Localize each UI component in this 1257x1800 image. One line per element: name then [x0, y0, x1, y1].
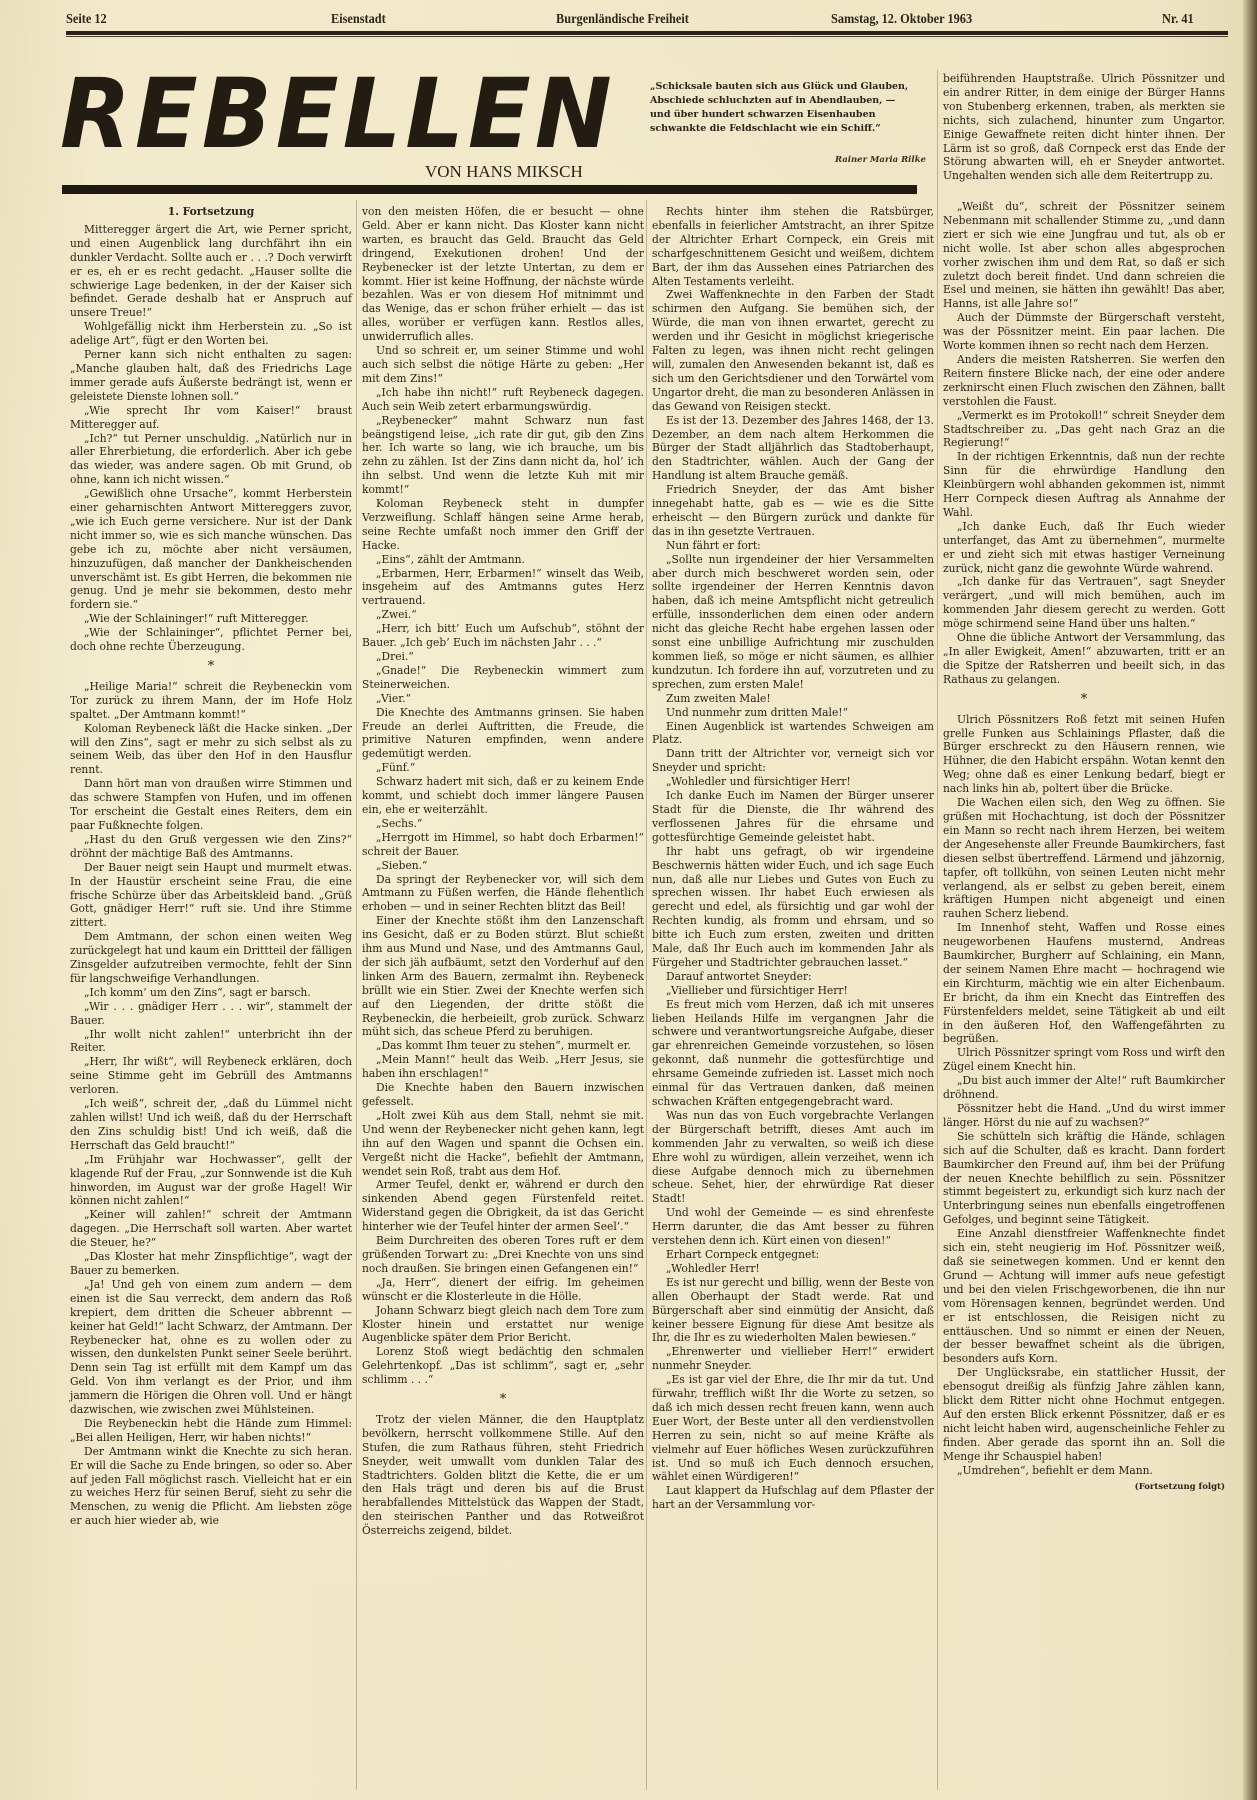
- paragraph: Armer Teufel, denkt er, während er durch…: [362, 1178, 644, 1234]
- paragraph: „Erbarmen, Herr, Erbarmen!“ winselt das …: [362, 567, 644, 609]
- section-separator: *: [362, 1393, 644, 1407]
- paragraph: Die Reybeneckin hebt die Hände zum Himme…: [70, 1417, 352, 1445]
- article-column-3: Rechts hinter ihm stehen die Ratsbürger,…: [652, 205, 934, 1512]
- paragraph: „Zwei.“: [362, 608, 644, 622]
- paragraph: „Herr, Ihr wißt“, will Reybeneck erkläre…: [70, 1055, 352, 1097]
- paragraph: Pössnitzer hebt die Hand. „Und du wirst …: [943, 1102, 1225, 1130]
- paragraph: Zwei Waffenknechte in den Farben der Sta…: [652, 288, 934, 413]
- column-divider: [937, 70, 938, 1790]
- page-edge-shadow: [1243, 0, 1257, 1800]
- paragraph: Nun fährt er fort:: [652, 539, 934, 553]
- paragraph: „Sollte nun irgendeiner der hier Versamm…: [652, 553, 934, 692]
- paragraph: Die Wachen eilen sich, den Weg zu öffnen…: [943, 796, 1225, 921]
- epigraph-line: Abschiede schluchzten auf in Abendlauben…: [650, 94, 920, 108]
- article-column-2: von den meisten Höfen, die er besucht — …: [362, 205, 644, 1538]
- paragraph: Zum zweiten Male!: [652, 692, 934, 706]
- paragraph: Trotz der vielen Männer, die den Hauptpl…: [362, 1413, 644, 1538]
- paragraph: „Vermerkt es im Protokoll!“ schreit Sney…: [943, 409, 1225, 451]
- paragraph: „Wohledler Herr!: [652, 1262, 934, 1276]
- paragraph: Darauf antwortet Sneyder:: [652, 970, 934, 984]
- section-separator: *: [70, 660, 352, 674]
- paragraph: „Wie der Schlaininger“, pflichtet Perner…: [70, 626, 352, 654]
- paragraph: „Ja! Und geh von einem zum andern — dem …: [70, 1278, 352, 1417]
- article-column-4: „Weißt du“, schreit der Pössnitzer seine…: [943, 200, 1225, 1495]
- article-column-4-top: beiführenden Hauptstraße. Ulrich Pössnit…: [943, 72, 1225, 183]
- paragraph: Ulrich Pössnitzers Roß fetzt mit seinen …: [943, 713, 1225, 796]
- paragraph: „Wir . . . gnädiger Herr . . . wir“, sta…: [70, 1000, 352, 1028]
- paragraph: „Das kommt Ihm teuer zu stehen“, murmelt…: [362, 1039, 644, 1053]
- paragraph: Rechts hinter ihm stehen die Ratsbürger,…: [652, 205, 934, 288]
- paragraph: Laut klappert da Hufschlag auf dem Pflas…: [652, 1484, 934, 1512]
- header-date: Samstag, 12. Oktober 1963: [831, 12, 972, 28]
- paragraph: „Ich danke Euch, daß Ihr Euch wieder unt…: [943, 520, 1225, 576]
- paragraph: „Ich?“ tut Perner unschuldig. „Natürlich…: [70, 432, 352, 488]
- paragraph: Erhart Cornpeck entgegnet:: [652, 1248, 934, 1262]
- paragraph: „Es ist gar viel der Ehre, die Ihr mir d…: [652, 1373, 934, 1484]
- newspaper-page: Seite 12 Eisenstadt Burgenländische Frei…: [0, 0, 1257, 1800]
- paragraph: „Sieben.“: [362, 859, 644, 873]
- epigraph-line: schwankte die Feldschlacht wie ein Schif…: [650, 122, 920, 136]
- paragraph: Schwarz hadert mit sich, daß er zu keine…: [362, 775, 644, 817]
- paragraph: Ich danke Euch im Namen der Bürger unser…: [652, 789, 934, 845]
- paragraph: „Ich habe ihn nicht!“ ruft Reybeneck dag…: [362, 386, 644, 414]
- paragraph: Anders die meisten Ratsherren. Sie werfe…: [943, 353, 1225, 409]
- paragraph: „Viellieber und fürsichtiger Herr!: [652, 984, 934, 998]
- paragraph: „Holt zwei Küh aus dem Stall, nehmt sie …: [362, 1109, 644, 1179]
- paragraph: Lorenz Stoß wiegt bedächtig den schmalen…: [362, 1345, 644, 1387]
- installment-label: 1. Fortsetzung: [70, 205, 352, 219]
- column-divider: [646, 200, 647, 1790]
- paragraph: Und nunmehr zum dritten Male!“: [652, 706, 934, 720]
- paragraph: „Ich weiß“, schreit der, „daß du Lümmel …: [70, 1097, 352, 1153]
- paragraph: Sie schütteln sich kräftig die Hände, sc…: [943, 1130, 1225, 1227]
- paragraph: Es ist der 13. Dezember des Jahres 1468,…: [652, 414, 934, 484]
- paragraph: „Gewißlich ohne Ursache“, kommt Herberst…: [70, 487, 352, 612]
- paragraph: „Ich komm’ um den Zins“, sagt er barsch.: [70, 986, 352, 1000]
- header-page-number: Seite 12: [66, 12, 107, 28]
- paragraph: In der richtigen Erkenntnis, daß nun der…: [943, 450, 1225, 520]
- article-column-1: 1. FortsetzungMitteregger ärgert die Art…: [70, 205, 352, 1528]
- paragraph: Im Innenhof steht, Waffen und Rosse eine…: [943, 921, 1225, 1046]
- paragraph: „Wie sprecht Ihr vom Kaiser!“ braust Mit…: [70, 404, 352, 432]
- paragraph: Friedrich Sneyder, der das Amt bisher in…: [652, 483, 934, 539]
- paragraph: Dann hört man von draußen wirre Stimmen …: [70, 777, 352, 833]
- paragraph: Wohlgefällig nickt ihm Herberstein zu. „…: [70, 320, 352, 348]
- paragraph: „Umdrehen“, befiehlt er dem Mann.: [943, 1464, 1225, 1478]
- paragraph: „Heilige Maria!“ schreit die Reybeneckin…: [70, 680, 352, 722]
- paragraph: Die Knechte des Amtmanns grinsen. Sie ha…: [362, 706, 644, 762]
- continuation-note: (Fortsetzung folgt): [943, 1481, 1225, 1495]
- paragraph: Eine Anzahl dienstfreier Waffenknechte f…: [943, 1227, 1225, 1366]
- epigraph-line: „Schicksale bauten sich aus Glück und Gl…: [650, 80, 920, 94]
- paragraph: „Du bist auch immer der Alte!“ ruft Baum…: [943, 1074, 1225, 1102]
- paragraph: „Drei.“: [362, 650, 644, 664]
- header-rule-thin: [66, 36, 1228, 37]
- paragraph: Einer der Knechte stößt ihm den Lanzensc…: [362, 914, 644, 1039]
- paragraph: Und so schreit er, um seiner Stimme und …: [362, 344, 644, 386]
- paragraph: „Im Frühjahr war Hochwasser“, gellt der …: [70, 1153, 352, 1209]
- paragraph: Dem Amtmann, der schon einen weiten Weg …: [70, 930, 352, 986]
- paragraph: Der Bauer neigt sein Haupt und murmelt e…: [70, 861, 352, 931]
- page-header: Seite 12 Eisenstadt Burgenländische Frei…: [66, 10, 1226, 32]
- paragraph: „Wie der Schlaininger!“ ruft Mitteregger…: [70, 612, 352, 626]
- epigraph: „Schicksale bauten sich aus Glück und Gl…: [650, 80, 920, 136]
- paragraph: Mitteregger ärgert die Art, wie Perner s…: [70, 223, 352, 320]
- paragraph: Und wohl der Gemeinde — es sind ehrenfes…: [652, 1206, 934, 1248]
- paragraph: „Vier.“: [362, 692, 644, 706]
- paragraph: Beim Durchreiten des oberen Tores ruft e…: [362, 1234, 644, 1276]
- epigraph-author: Rainer Maria Rilke: [835, 155, 926, 165]
- title-rule: [62, 185, 917, 194]
- header-newspaper-name: Burgenländische Freiheit: [556, 12, 689, 28]
- paragraph: Ihr habt uns gefragt, ob wir irgendeine …: [652, 845, 934, 970]
- paragraph: Dann tritt der Altrichter vor, verneigt …: [652, 747, 934, 775]
- section-separator: *: [943, 693, 1225, 707]
- paragraph: Die Knechte haben den Bauern inzwischen …: [362, 1081, 644, 1109]
- column-divider: [356, 200, 357, 1790]
- article-title: REBELLEN: [60, 62, 630, 167]
- paragraph: „Fünf.“: [362, 761, 644, 775]
- paragraph: Was nun das von Euch vorgebrachte Verlan…: [652, 1109, 934, 1206]
- paragraph: Der Unglücksrabe, ein stattlicher Hussit…: [943, 1366, 1225, 1463]
- paragraph: Auch der Dümmste der Bürgerschaft verste…: [943, 311, 1225, 353]
- paragraph: Da springt der Reybenecker vor, will sic…: [362, 873, 644, 915]
- paragraph: Perner kann sich nicht enthalten zu sage…: [70, 348, 352, 404]
- paragraph: „Sechs.“: [362, 817, 644, 831]
- paragraph: Koloman Reybeneck läßt die Hacke sinken.…: [70, 722, 352, 778]
- paragraph: „Herrgott im Himmel, so habt doch Erbarm…: [362, 831, 644, 859]
- paragraph: Koloman Reybeneck steht in dumpfer Verzw…: [362, 497, 644, 553]
- paragraph: „Weißt du“, schreit der Pössnitzer seine…: [943, 200, 1225, 311]
- paragraph: „Hast du den Gruß vergessen wie den Zins…: [70, 833, 352, 861]
- paragraph: Ohne die übliche Antwort der Versammlung…: [943, 631, 1225, 687]
- paragraph: „Ich danke für das Vertrauen“, sagt Sney…: [943, 575, 1225, 631]
- header-issue-number: Nr. 41: [1162, 12, 1194, 28]
- paragraph: Es freut mich vom Herzen, daß ich mit un…: [652, 998, 934, 1109]
- paragraph: Der Amtmann winkt die Knechte zu sich he…: [70, 1445, 352, 1528]
- paragraph: „Eins“, zählt der Amtmann.: [362, 553, 644, 567]
- paragraph: Einen Augenblick ist wartendes Schweigen…: [652, 720, 934, 748]
- paragraph: Es ist nur gerecht und billig, wenn der …: [652, 1276, 934, 1346]
- paragraph: Johann Schwarz biegt gleich nach dem Tor…: [362, 1304, 644, 1346]
- paragraph: „Mein Mann!“ heult das Weib. „Herr Jesus…: [362, 1053, 644, 1081]
- paragraph: „Das Kloster hat mehr Zinspflichtige“, w…: [70, 1250, 352, 1278]
- paragraph: „Ehrenwerter und viellieber Herr!“ erwid…: [652, 1345, 934, 1373]
- paragraph: „Ihr wollt nicht zahlen!“ unterbricht ih…: [70, 1028, 352, 1056]
- article-byline: VON HANS MIKSCH: [425, 162, 583, 182]
- epigraph-line: und über hundert schwarzen Eisenhauben: [650, 108, 920, 122]
- paragraph: „Wohledler und fürsichtiger Herr!: [652, 775, 934, 789]
- paragraph: „Reybenecker“ mahnt Schwarz nun fast beä…: [362, 414, 644, 497]
- paragraph: von den meisten Höfen, die er besucht — …: [362, 205, 644, 344]
- paragraph: „Keiner will zahlen!“ schreit der Amtman…: [70, 1208, 352, 1250]
- paragraph: „Ja, Herr“, dienert der eifrig. Im gehei…: [362, 1276, 644, 1304]
- paragraph: „Herr, ich bitt’ Euch um Aufschub“, stöh…: [362, 622, 644, 650]
- header-rule: [66, 31, 1228, 35]
- header-city: Eisenstadt: [331, 12, 386, 28]
- paragraph: Ulrich Pössnitzer springt vom Ross und w…: [943, 1046, 1225, 1074]
- paragraph: beiführenden Hauptstraße. Ulrich Pössnit…: [943, 72, 1225, 183]
- paragraph: „Gnade!“ Die Reybeneckin wimmert zum Ste…: [362, 664, 644, 692]
